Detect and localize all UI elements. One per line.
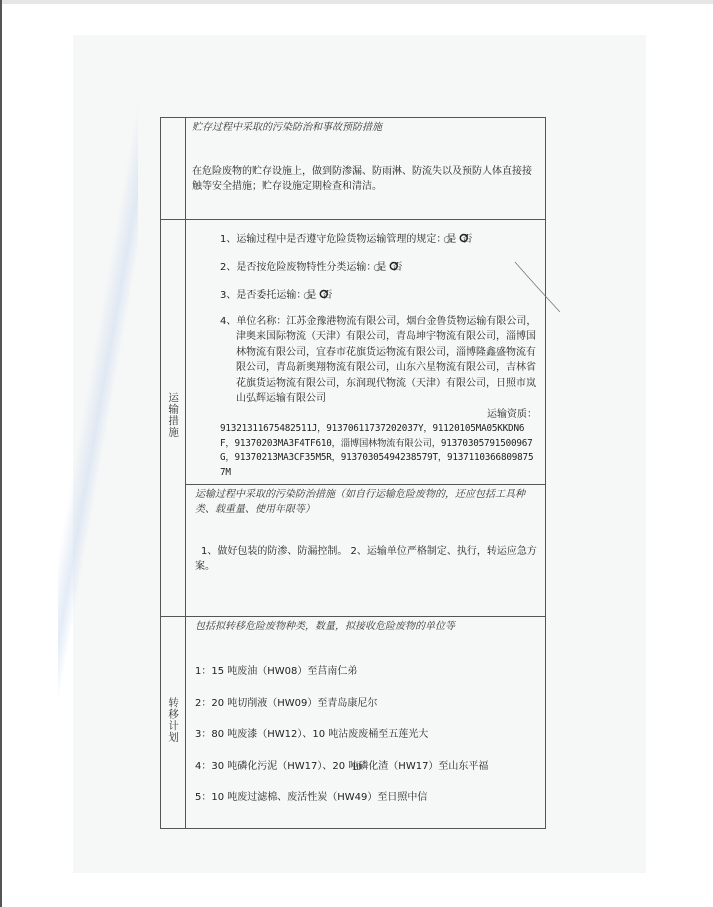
transport-questions-cell: 1、运输过程中是否遵守危险货物运输管理的规定：是○否⭘2、是否按危险废物特性分类… — [186, 220, 546, 485]
transport-questions: 1、运输过程中是否遵守危险货物运输管理的规定：是○否⭘2、是否按危险废物特性分类… — [220, 230, 537, 304]
transport-row: 运输措施 1、运输过程中是否遵守危险货物运输管理的规定：是○否⭘2、是否按危险废… — [161, 220, 546, 485]
transfer-heading: 包括拟转移危险废物种类，数量，拟接收危险废物的单位等 — [195, 619, 539, 635]
qualification-mid-text: 淄博国林物流有限公司， — [341, 438, 441, 449]
storage-heading: 贮存过程中采取的污染防治和事故预防措施 — [192, 120, 539, 136]
transport-pollution-row: 运输过程中采取的污染防治措施（如自行运输危险废物的，还应包括工具种类、载重量、使… — [161, 484, 546, 616]
storage-side-cell — [161, 118, 186, 220]
transfer-cell: 包括拟转移危险废物种类，数量，拟接收危险废物的单位等 1：15 吨废油（HW08… — [186, 616, 546, 828]
qualification-label: 运输资质： — [220, 407, 537, 423]
question-text: 是否按危险废物特性分类运输： — [236, 262, 376, 273]
question-number: 2、 — [220, 262, 236, 273]
page-number: 10 — [0, 762, 713, 773]
transfer-row: 转移计划 包括拟转移危险废物种类，数量，拟接收危险废物的单位等 1：15 吨废油… — [161, 616, 546, 828]
viewer-top-bar — [0, 0, 713, 4]
transfer-side-cell: 转移计划 — [161, 616, 186, 828]
transfer-plan-item: 3：80 吨废漆（HW12）、10 吨沾废废桶至五莲光大 — [195, 727, 539, 743]
transport-pollution-content: 1、做好包装的防渗、防漏控制。 2、运输单位严格制定、执行，转运应急方案。 — [195, 544, 539, 575]
transfer-plan-item: 1：15 吨废油（HW08）至莒南仁弟 — [195, 664, 539, 680]
units-label: 单位名称： — [236, 316, 286, 327]
form-table: 贮存过程中采取的污染防治和事故预防措施 在危险废物的贮存设施上，做到防渗漏、防雨… — [160, 117, 546, 829]
transport-side-label: 运输措施 — [165, 392, 181, 438]
storage-cell: 贮存过程中采取的污染防治和事故预防措施 在危险废物的贮存设施上，做到防渗漏、防雨… — [186, 118, 546, 220]
question-number: 1、 — [220, 234, 236, 245]
question-text: 运输过程中是否遵守危险货物运输管理的规定： — [236, 234, 446, 245]
transport-pollution-heading: 运输过程中采取的污染防治措施（如自行运输危险废物的，还应包括工具种类、载重量、使… — [195, 487, 539, 518]
units-number: 4、 — [220, 316, 236, 327]
transport-side-cell: 运输措施 — [161, 220, 186, 617]
storage-content: 在危险废物的贮存设施上，做到防渗漏、防雨淋、防流失以及预防人体直接接触等安全措施… — [192, 164, 539, 195]
transfer-plan-list: 1：15 吨废油（HW08）至莒南仁弟2：20 吨切削液（HW09）至青岛康尼尔… — [195, 664, 539, 806]
transfer-plan-item: 5：10 吨废过滤棉、废活性炭（HW49）至日照中信 — [195, 790, 539, 806]
transport-question: 1、运输过程中是否遵守危险货物运输管理的规定：是○否⭘ — [220, 230, 537, 248]
transport-question: 3、是否委托运输：是○否⭘ — [220, 286, 537, 304]
units-companies: 江苏金豫港物流有限公司，烟台金鲁货物运输有限公司，津奥来国际物流（天津）有限公司… — [236, 316, 536, 405]
qualification-codes: 91321311675482511J，91370611737202037Y，91… — [220, 422, 537, 480]
transfer-plan-item: 2：20 吨切削液（HW09）至青岛康尼尔 — [195, 696, 539, 712]
transport-units-block: 4、单位名称：江苏金豫港物流有限公司，烟台金鲁货物运输有限公司，津奥来国际物流（… — [220, 314, 537, 407]
transport-question: 2、是否按危险废物特性分类运输：是○否⭘ — [220, 258, 537, 276]
transfer-side-label: 转移计划 — [165, 697, 181, 743]
question-text: 是否委托运输： — [236, 290, 306, 301]
storage-row: 贮存过程中采取的污染防治和事故预防措施 在危险废物的贮存设施上，做到防渗漏、防雨… — [161, 118, 546, 220]
question-number: 3、 — [220, 290, 236, 301]
transport-pollution-cell: 运输过程中采取的污染防治措施（如自行运输危险废物的，还应包括工具种类、载重量、使… — [186, 484, 546, 616]
